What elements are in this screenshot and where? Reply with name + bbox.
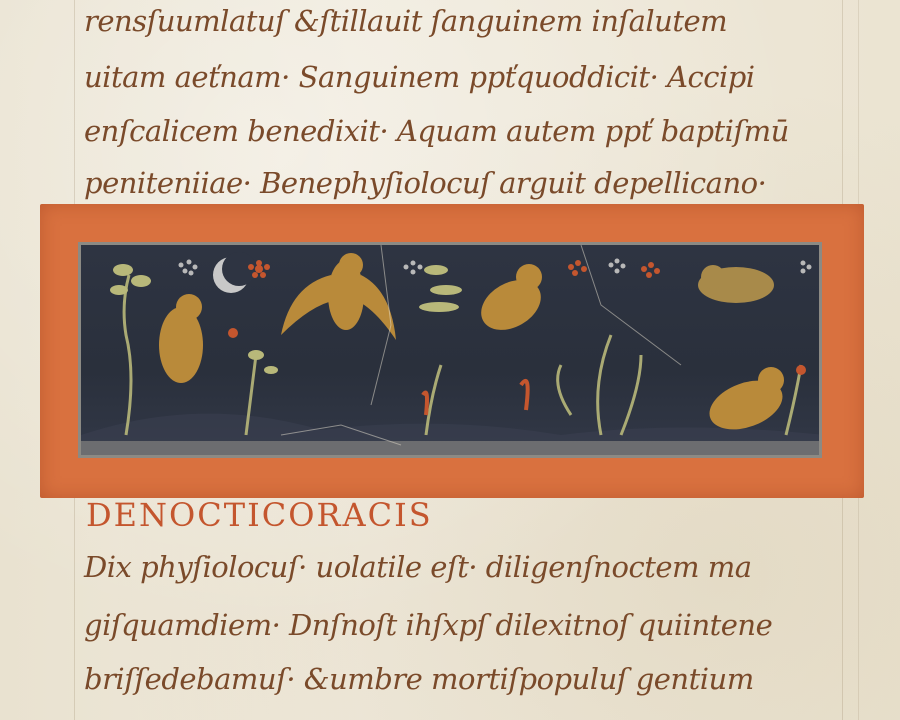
illumination-panel (78, 242, 822, 458)
panel-ground-strip (81, 441, 819, 455)
owl-icon (698, 265, 774, 303)
rubric-heading: DENOCTICORACIS (86, 496, 433, 534)
text-line-5: Dix phyſiolocuſ· uolatile eſt· diligenſn… (84, 550, 752, 584)
owl-icon (159, 294, 203, 383)
text-line-7: briſſedebamuſ· &umbre mortiſpopuluſ gent… (84, 662, 754, 696)
text-line-2: uitam aeťnam· Sanguinem ppťquoddicit· Ac… (84, 60, 755, 94)
owl-icon (472, 264, 549, 340)
owl-flying-icon (281, 253, 396, 340)
text-line-4: peniteniiae· Benephyſiolocuſ arguit depe… (84, 166, 766, 200)
crescent-moon-icon (213, 252, 256, 293)
star-cluster-icon (248, 260, 660, 278)
text-line-6: giſquamdiem· Dnſnoſt ihſxpſ dilexitnoſ q… (84, 608, 772, 642)
text-line-1: rensſuumlatuſ &ſtillauit ſanguinem inſal… (84, 4, 727, 38)
text-line-3: enſcalicem benedixit· Aquam autem ppť ba… (84, 114, 789, 148)
owls-illustration (81, 245, 822, 458)
